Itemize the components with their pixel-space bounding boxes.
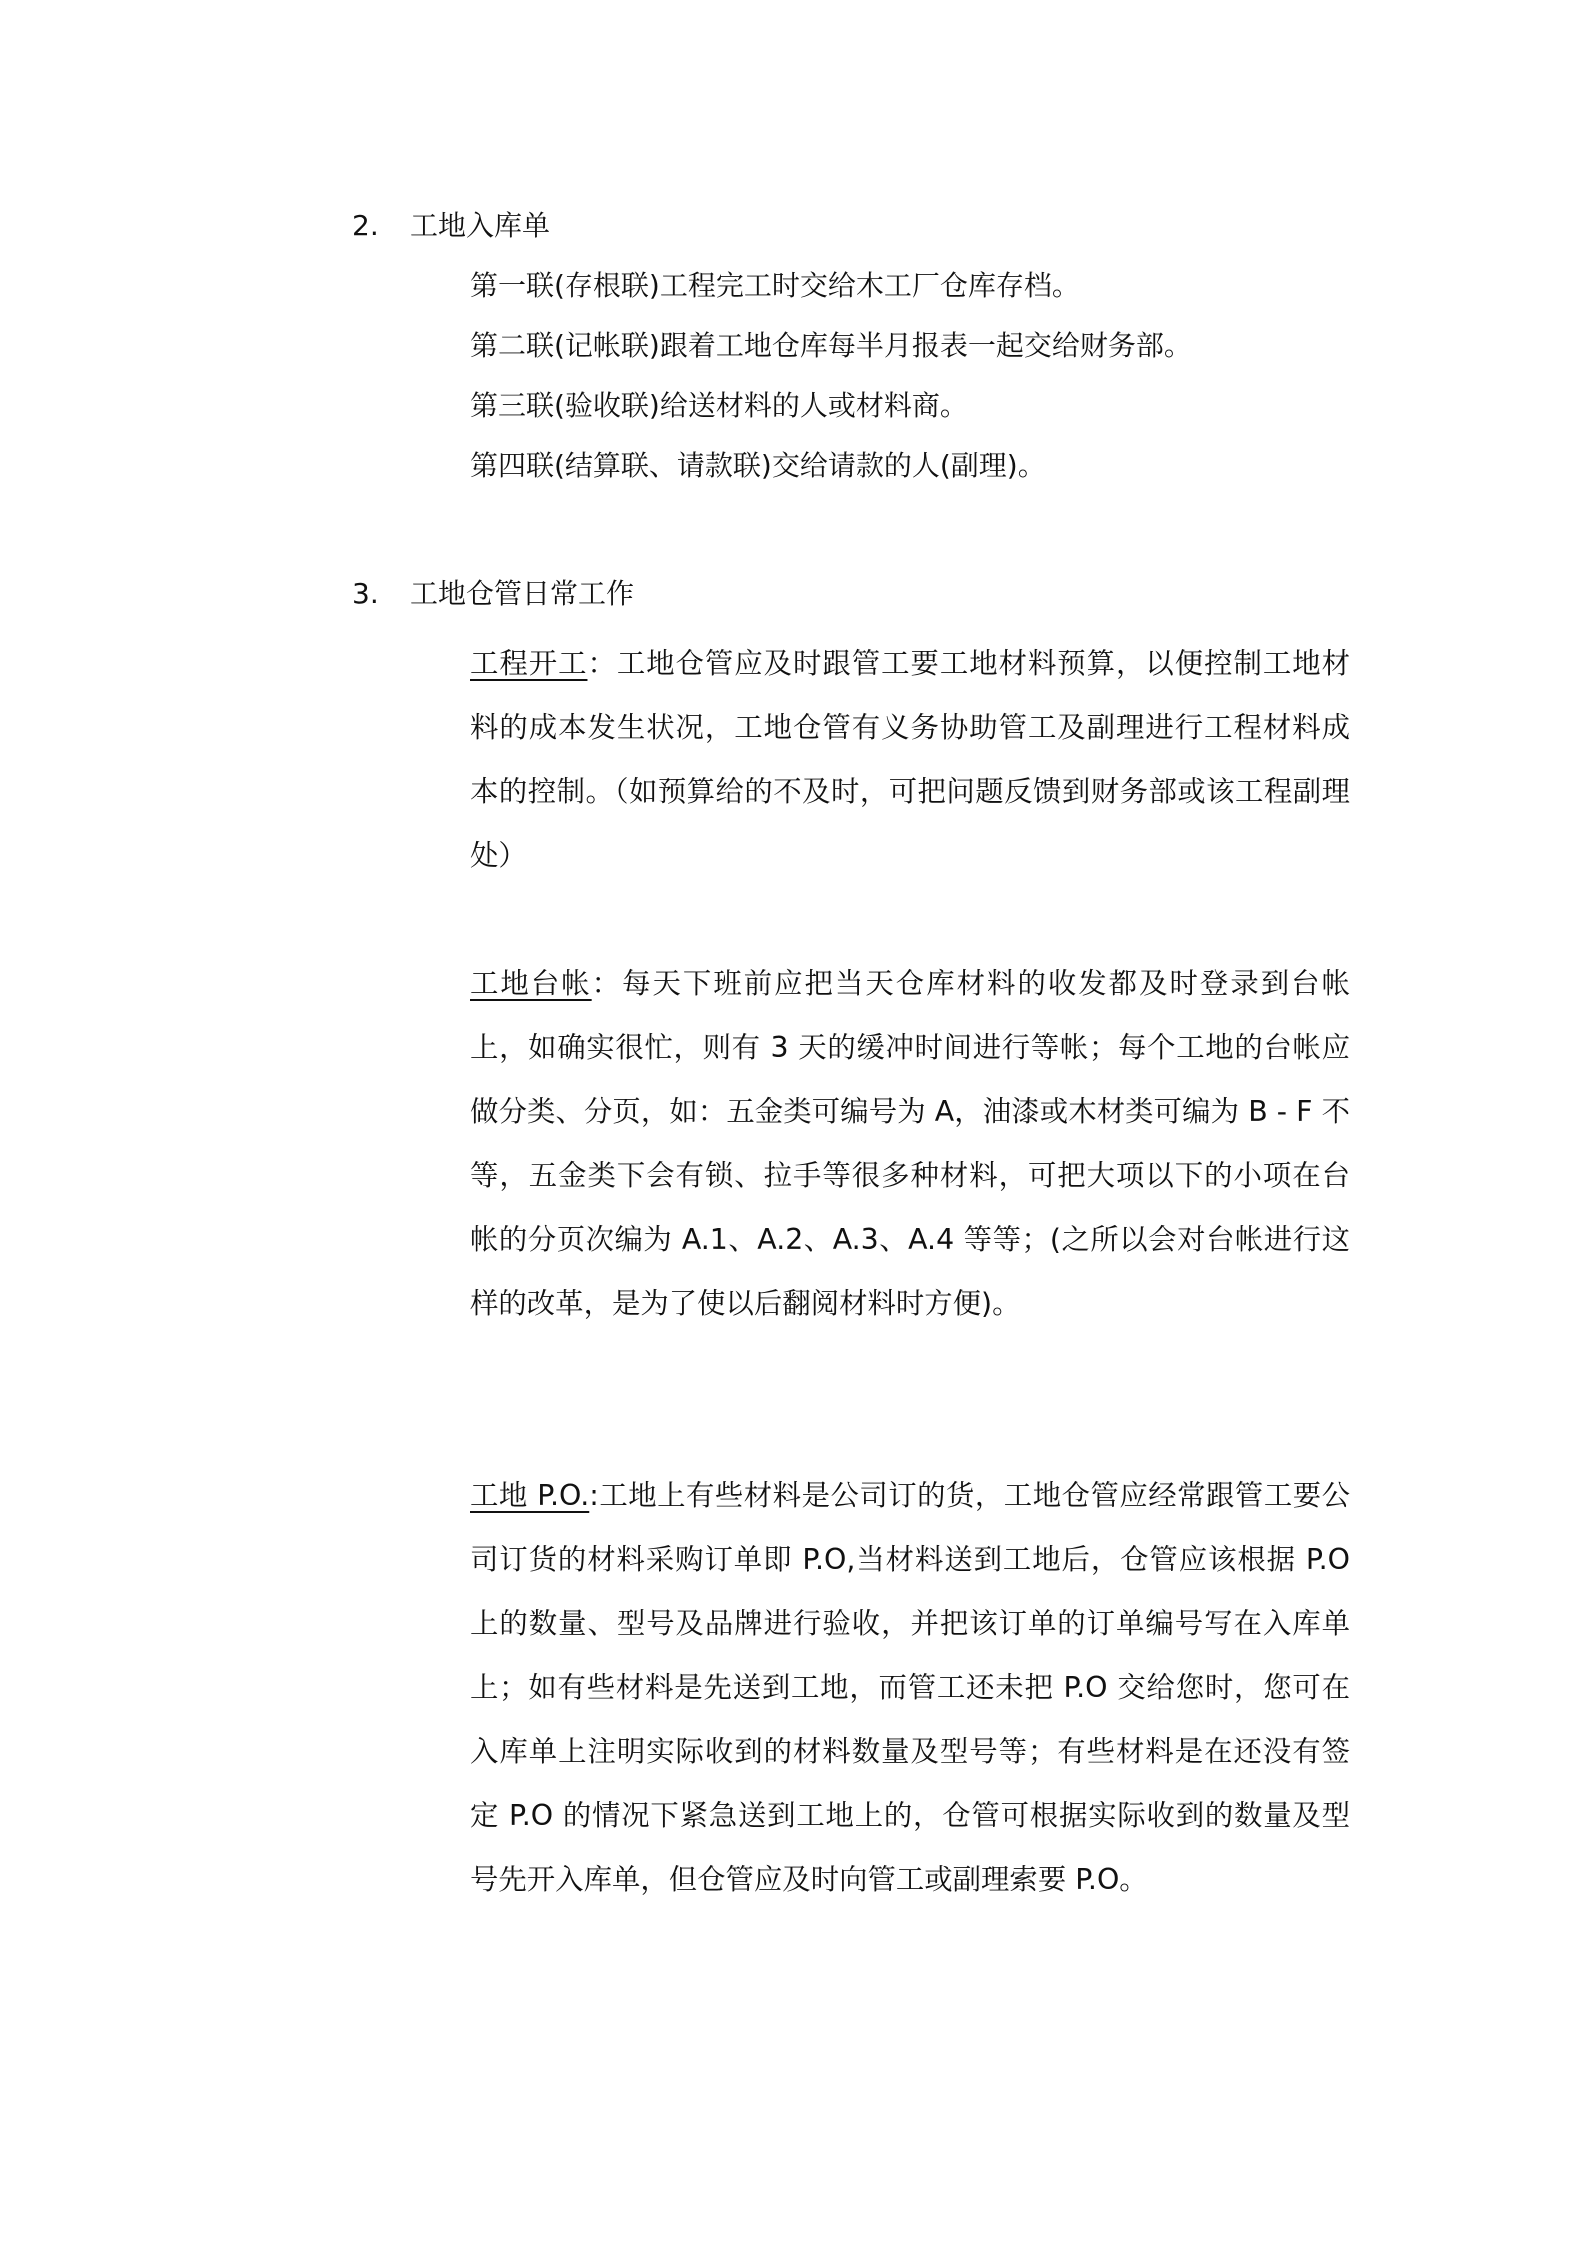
term-separator: ：	[592, 967, 622, 1000]
section-2-item-3: 第三联(验收联)给送材料的人或材料商。	[470, 386, 968, 426]
section-2-item-1: 第一联(存根联)工程完工时交给木工厂仓库存档。	[470, 266, 1080, 306]
term-site-po: 工地 P.O.	[470, 1479, 589, 1512]
paragraph-text: 每天下班前应把当天仓库材料的收发都及时登录到台帐上，如确实很忙，则有 3 天的缓…	[470, 967, 1350, 1320]
paragraph-text: 工地上有些材料是公司订的货，工地仓管应经常跟管工要公司订货的材料采购订单即 P.…	[470, 1479, 1350, 1896]
paragraph-project-start: 工程开工：工地仓管应及时跟管工要工地材料预算，以便控制工地材料的成本发生状况，工…	[470, 632, 1350, 888]
section-2-number: 2.	[352, 206, 410, 246]
section-2-heading: 2.工地入库单	[352, 206, 550, 246]
section-3-number: 3.	[352, 574, 410, 614]
section-3-heading: 3.工地仓管日常工作	[352, 574, 634, 614]
paragraph-site-ledger: 工地台帐：每天下班前应把当天仓库材料的收发都及时登录到台帐上，如确实很忙，则有 …	[470, 952, 1350, 1336]
section-2-title: 工地入库单	[410, 209, 550, 242]
section-2-item-4: 第四联(结算联、请款联)交给请款的人(副理)。	[470, 446, 1046, 486]
term-project-start: 工程开工	[470, 647, 587, 680]
paragraph-text: 工地仓管应及时跟管工要工地材料预算，以便控制工地材料的成本发生状况，工地仓管有义…	[470, 647, 1350, 872]
section-2-item-2: 第二联(记帐联)跟着工地仓库每半月报表一起交给财务部。	[470, 326, 1192, 366]
term-site-ledger: 工地台帐	[470, 967, 592, 1000]
paragraph-site-po: 工地 P.O.:工地上有些材料是公司订的货，工地仓管应经常跟管工要公司订货的材料…	[470, 1464, 1350, 1912]
term-separator: ：	[587, 647, 616, 680]
term-separator: :	[589, 1479, 599, 1512]
document-page: 2.工地入库单 第一联(存根联)工程完工时交给木工厂仓库存档。 第二联(记帐联)…	[0, 0, 1587, 2245]
section-3-title: 工地仓管日常工作	[410, 577, 634, 610]
